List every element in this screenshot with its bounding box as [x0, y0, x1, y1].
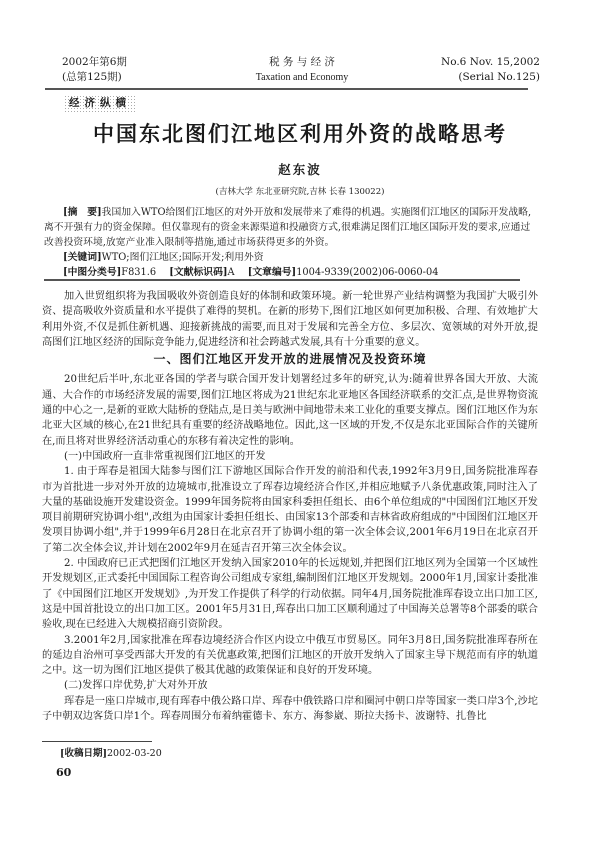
footnote-rule: [42, 741, 152, 742]
page-number: 60: [56, 766, 71, 779]
received-value: 2002-03-20: [107, 748, 162, 759]
keywords-text: WTO;图们江地区;国际开发;利用外资: [102, 252, 264, 263]
paragraph: 珲春是一座口岸城市,现有珲春中俄公路口岸、珲春中俄铁路口岸和圈河中朝口岸等国家一…: [42, 694, 538, 725]
paragraph: 1. 由于珲春是祖国大陆参与图们江下游地区国际合作开发的前沿和代表,1992年3…: [42, 464, 538, 556]
intro-paragraph: 加入世贸组织将为我国吸收外资创造良好的体制和政策环境。新一轮世界产业结构调整为我…: [42, 289, 538, 350]
paragraph: 20世纪后半叶,东北亚各国的学者与联合国开发计划署经过多年的研究,认为:随着世界…: [42, 372, 538, 448]
journal-name-cn: 税 务 与 经 济: [242, 55, 362, 70]
header-rule: [45, 88, 528, 90]
classification-line: [中图分类号]F831.6 [文献标识码]A [文章编号]1004-9339(2…: [44, 265, 536, 280]
article-no-value: 1004-9339(2002)06-0060-04: [296, 267, 438, 278]
journal-name: 税 务 与 经 济 Taxation and Economy: [242, 55, 362, 85]
subsection-heading: (一)中国政府一直非常重视图们江地区的开发: [42, 449, 538, 464]
article-no-label: [文章编号]: [248, 267, 296, 278]
paragraph: 3.2001年2月,国家批准在珲春边境经济合作区内设立中俄互市贸易区。同年3月8…: [42, 633, 538, 679]
serial-number: (Serial No.125): [441, 70, 540, 85]
received-date: [收稿日期]2002-03-20: [60, 745, 162, 759]
author-name: 赵东波: [40, 160, 560, 178]
clc-label: [中图分类号]: [63, 267, 121, 278]
article-body: 加入世贸组织将为我国吸收外资创造良好的体制和政策环境。新一轮世界产业结构调整为我…: [42, 289, 538, 724]
journal-name-en: Taxation and Economy: [242, 70, 362, 85]
issue-info: 2002年第6期 (总第125期): [62, 55, 127, 85]
issue-date: No.6 Nov. 15,2002: [441, 55, 540, 70]
issue-number: 2002年第6期: [62, 55, 127, 70]
keywords: [关键词]WTO;图们江地区;国际开发;利用外资: [44, 250, 536, 265]
section-heading: 一、图们江地区开发开放的进展情况及投资环境: [42, 352, 538, 367]
paragraph: 2. 中国政府已正式把图们江地区开发纳入国家2010年的长远规划,并把图们江地区…: [42, 556, 538, 632]
abstract-text: 我国加入WTO给图们江地区的对外开放和发展带来了难得的机遇。实施图们江地区的国际…: [44, 207, 531, 248]
date-info: No.6 Nov. 15,2002 (Serial No.125): [441, 55, 540, 85]
abstract-label: [摘 要]: [63, 207, 102, 218]
serial-issue: (总第125期): [62, 70, 127, 85]
received-label: [收稿日期]: [60, 748, 107, 759]
abstract-rule: [44, 279, 520, 281]
column-tag: 经济纵横: [64, 95, 136, 112]
journal-page: 2002年第6期 (总第125期) 税 务 与 经 济 Taxation and…: [0, 0, 600, 850]
abstract: [摘 要]我国加入WTO给图们江地区的对外开放和发展带来了难得的机遇。实施图们江…: [44, 205, 536, 250]
doc-code-value: A: [228, 267, 235, 278]
keywords-label: [关键词]: [63, 252, 102, 263]
subsection-heading: (二)发挥口岸优势,扩大对外开放: [42, 678, 538, 693]
clc-value: F831.6: [121, 267, 156, 278]
abstract-block: [摘 要]我国加入WTO给图们江地区的对外开放和发展带来了难得的机遇。实施图们江…: [44, 205, 536, 280]
doc-code-label: [文献标识码]: [169, 267, 227, 278]
author-affiliation: (吉林大学 东北亚研究院,吉林 长春 130022): [40, 185, 560, 197]
article-title: 中国东北图们江地区利用外资的战略思考: [40, 118, 560, 148]
